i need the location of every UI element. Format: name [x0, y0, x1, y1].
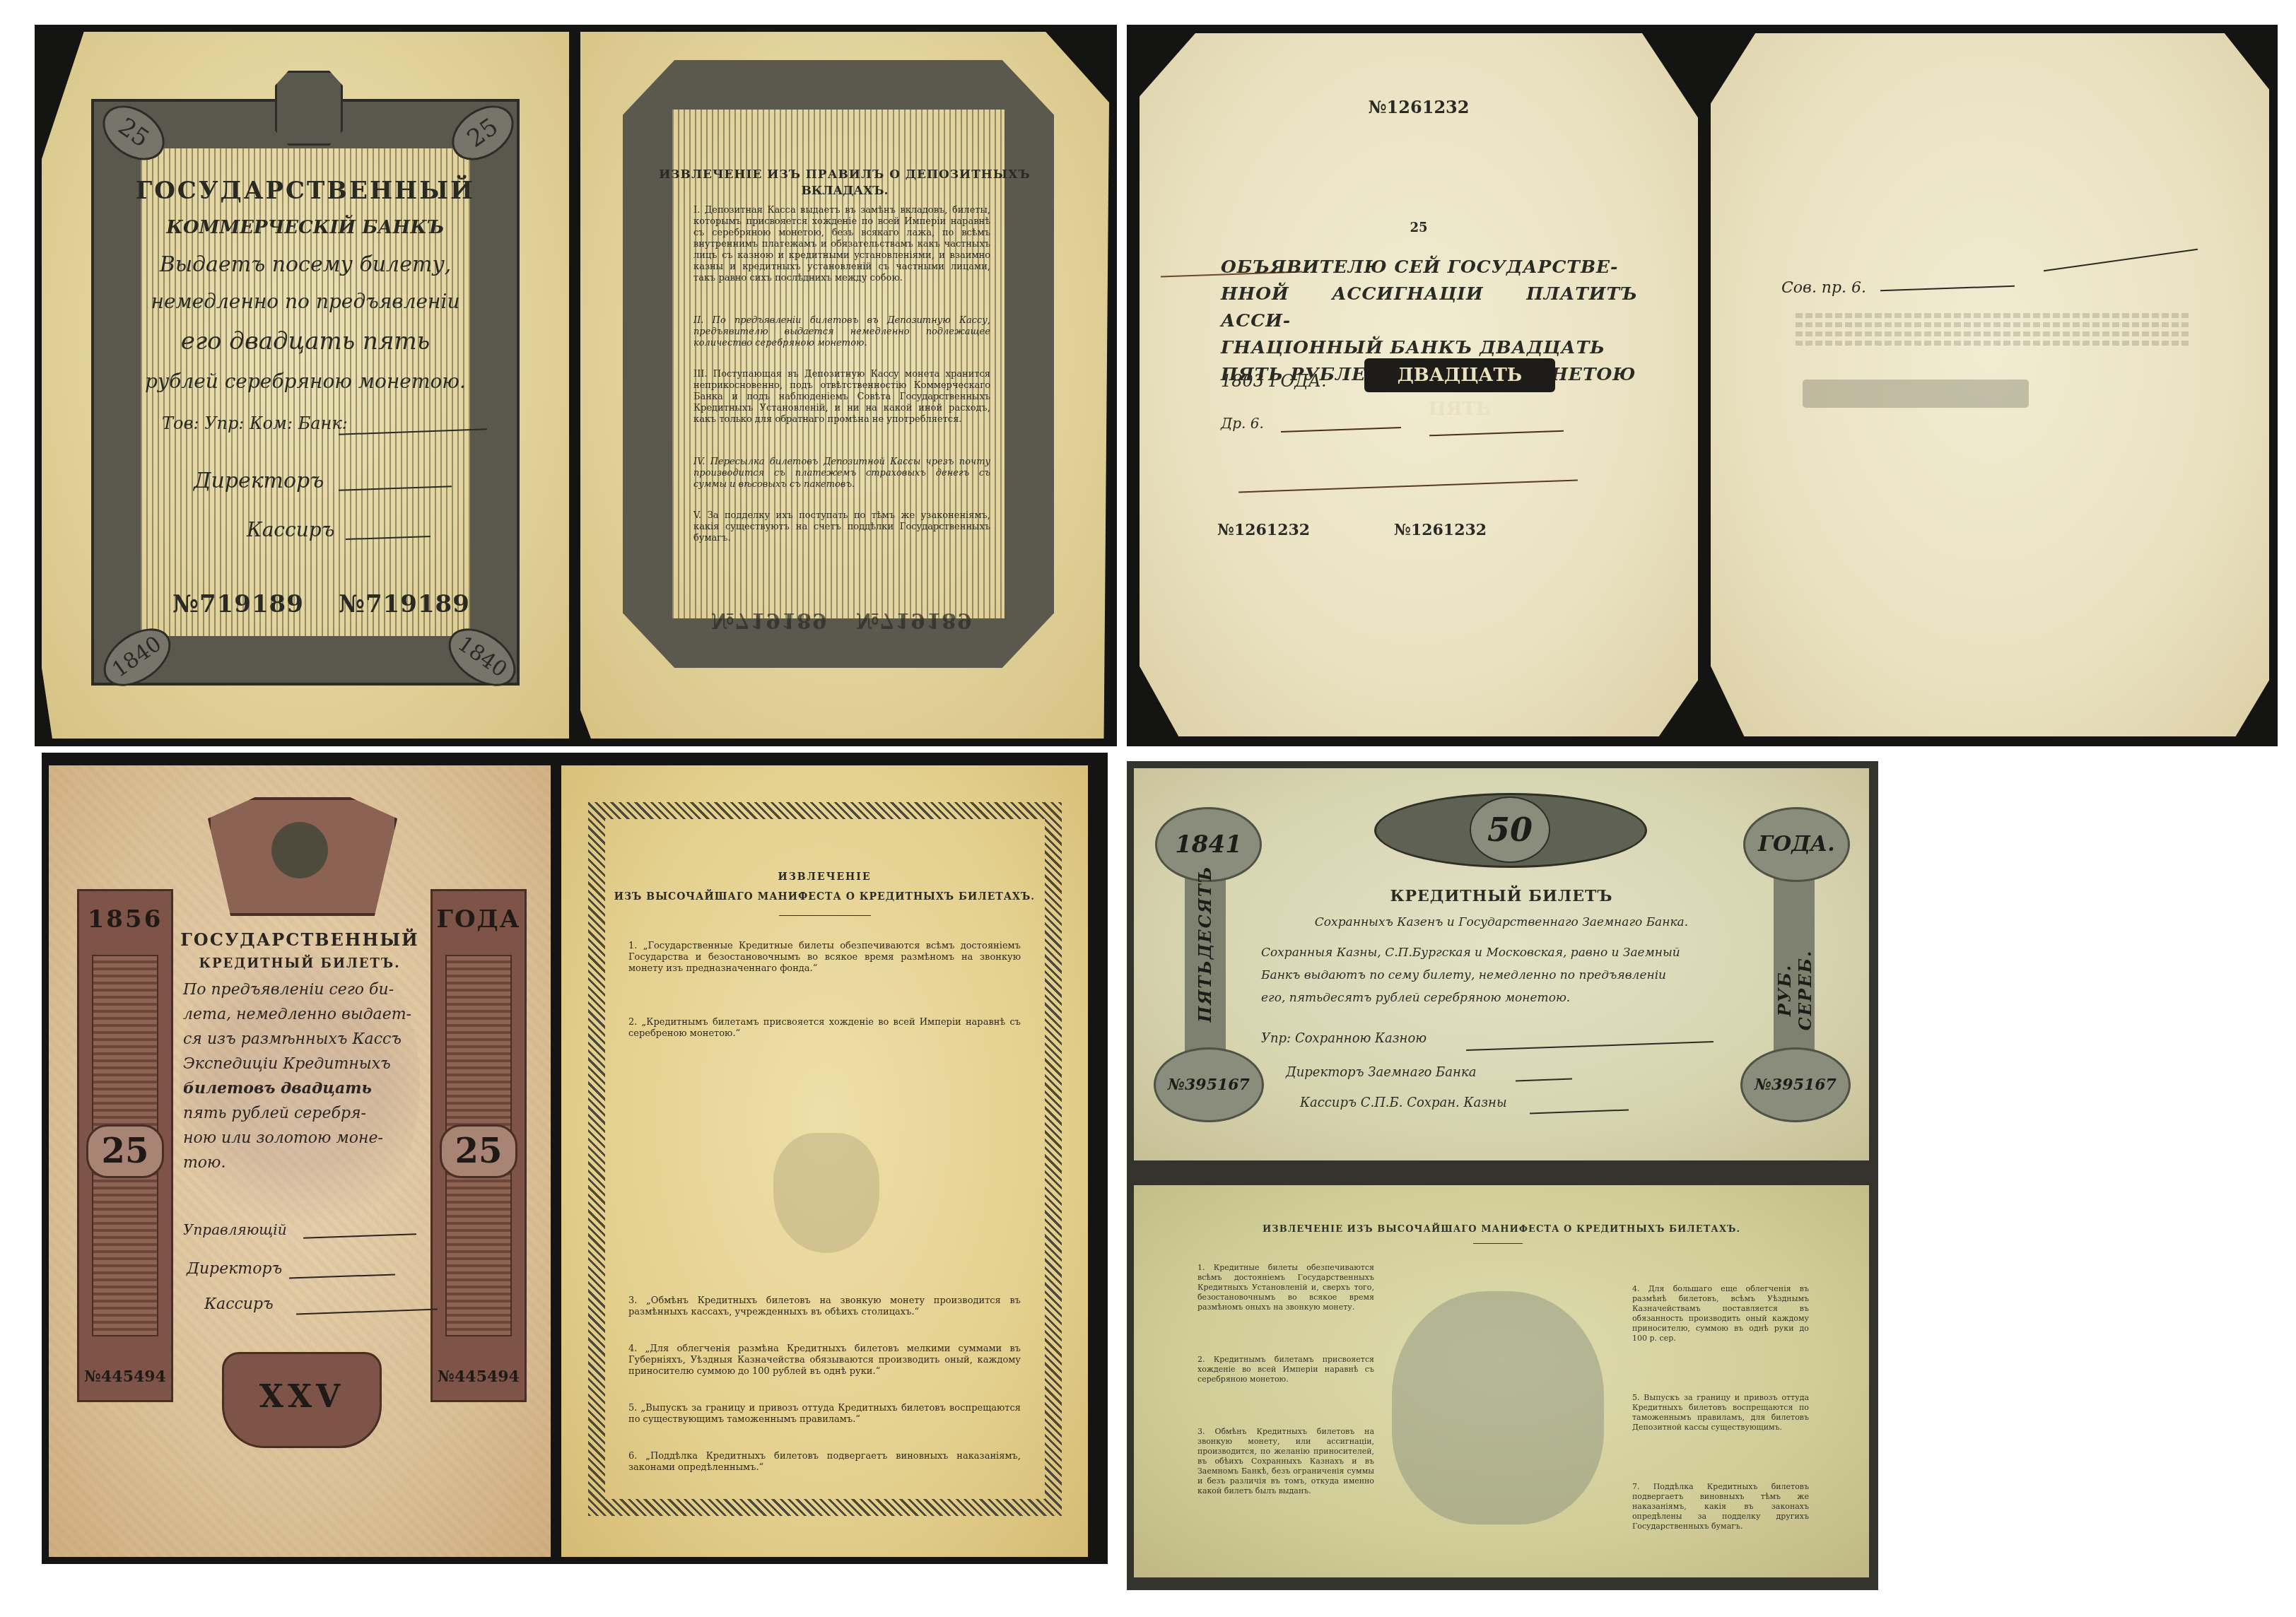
- banknote-1840-front: 25 25 1840 1840 ГОСУДАРСТВЕННЫЙ КОММЕРЧЕ…: [42, 32, 569, 739]
- serial-number-left: №1261232: [1217, 521, 1310, 539]
- banknote-1841-front: 1841 ПЯТЬДЕСЯТЪ №395167 ГОДА. РУБ. СЕРЕБ…: [1134, 768, 1869, 1160]
- back-heading-line1: ИЗВЛЕЧЕНІЕ ИЗЪ ПРАВИЛЪ О ДЕПОЗИТНЫХЪ: [580, 167, 1109, 182]
- article-1: 1. Кредитные билеты обезпечиваются всѣмъ…: [1197, 1263, 1374, 1312]
- issue-year: 1803 ГОДА.: [1221, 371, 1327, 391]
- promise-line-3: ся изъ размѣнныхъ Кассъ: [183, 1027, 423, 1052]
- banknote-1803-front: №1261232 25 ОБЪЯВИТЕЛЮ СЕЙ ГОСУДАРСТВЕ- …: [1140, 33, 1698, 736]
- note-title-line2: КРЕДИТНЫЙ БИЛЕТЪ.: [49, 956, 551, 971]
- article-2: 2. Кредитнымъ билетамъ присвояется хожде…: [1197, 1355, 1374, 1384]
- serial-number-left: №445494: [79, 1368, 171, 1386]
- signature-label-director: Директоръ: [187, 1260, 282, 1278]
- bank-title-line2: КОММЕРЧЕСКІЙ БАНКЪ: [42, 217, 569, 238]
- rule-2: II. По предъявленіи билетовъ въ Депозитн…: [693, 315, 990, 349]
- year-label: ГОДА.: [1745, 809, 1848, 880]
- show-through-stamp: [1803, 380, 2029, 408]
- banknote-1803-back: Сов. пр. 6.: [1711, 33, 2269, 736]
- article-7: 7. Поддѣлка Кредитныхъ билетовъ подверга…: [1632, 1482, 1809, 1531]
- promise-line-7: ною или золотою моне-: [183, 1126, 423, 1151]
- promise-line-8: тою.: [183, 1151, 423, 1175]
- pillar-value-right: 25: [440, 1124, 517, 1178]
- rule-4: IV. Пересылка билетовъ Депозитной Кассы …: [693, 457, 990, 490]
- center-value-oval: 50: [1470, 796, 1550, 863]
- manifesto-text-bottom: 3. „Обмѣнъ Кредитныхъ билетовъ на звонку…: [628, 1295, 1021, 1474]
- denomination-50: 50: [1471, 798, 1549, 862]
- promise-line-3: его, пятьдесятъ рублей серебряною монето…: [1261, 987, 1742, 1009]
- article-5: 5. Выпускъ за границу и привозъ оттуда К…: [1632, 1393, 1809, 1433]
- serial-number-right: №1261232: [1394, 521, 1487, 539]
- signature-label-cashier: Кассиръ С.П.Б. Сохран. Казны: [1300, 1095, 1507, 1110]
- handwritten-endorsement-label: Сов. пр. 6.: [1781, 279, 1866, 297]
- signature-1: [1281, 427, 1401, 433]
- serial-number-right: №719189: [339, 590, 470, 618]
- banknote-1840-back: ИЗВЛЕЧЕНІЕ ИЗЪ ПРАВИЛЪ О ДЕПОЗИТНЫХЪ ВКЛ…: [580, 32, 1109, 739]
- signature-label-director: Директоръ Заемнаго Банка: [1286, 1065, 1476, 1080]
- signature-label-cashier: Кассиръ: [247, 518, 334, 541]
- issuer-subtitle: Сохранныхъ Казенъ и Государственнаго Зае…: [1134, 915, 1869, 929]
- signature-label-cashier: Кассиръ: [204, 1295, 274, 1313]
- promise-text: По предъявленіи сего би- лета, немедленн…: [183, 977, 423, 1175]
- signature-label-dr: Др. 6.: [1221, 415, 1264, 432]
- serial-number-left: №719189: [172, 590, 304, 618]
- serial-oval-left: №395167: [1154, 1047, 1264, 1122]
- signature-treasury: [1466, 1041, 1714, 1051]
- promise-line-3: его двадцать пять: [42, 327, 569, 355]
- article-1: 1. „Государственные Кредитные билеты обе…: [628, 941, 1021, 975]
- mount-1840-note: 25 25 1840 1840 ГОСУДАРСТВЕННЫЙ КОММЕРЧЕ…: [35, 25, 1117, 746]
- promise-line-1: Выдаетъ посему билету,: [42, 252, 569, 277]
- mirrored-serial-left: №719189: [711, 608, 828, 633]
- deposit-rules-text: I. Депозитная Касса выдаетъ въ замѣнъ вк…: [693, 205, 990, 544]
- pillar-value-left: 25: [86, 1124, 164, 1178]
- promise-line-2: лета, немедленно выдает-: [183, 1002, 423, 1027]
- value-stamp: ДВАДЦАТЬ ПЯТЬ: [1364, 358, 1555, 392]
- note-title: КРЕДИТНЫЙ БИЛЕТЪ: [1134, 887, 1869, 905]
- promise-line-5: билетовъ двадцать: [183, 1076, 423, 1101]
- rule-5: V. За подделку ихъ поступать по тѣмъ же …: [693, 510, 990, 544]
- article-3: 3. „Обмѣнъ Кредитныхъ билетовъ на звонку…: [628, 1295, 1021, 1318]
- pillar-text-left: ПЯТЬДЕСЯТЪ: [1195, 938, 1215, 1023]
- pillar-text-right: РУБ. СЕРЕБ.: [1774, 948, 1815, 1033]
- assignat-line-1: ОБЪЯВИТЕЛЮ СЕЙ ГОСУДАРСТВЕ-: [1221, 254, 1638, 281]
- note-title-line1: ГОСУДАРСТВЕННЫЙ: [49, 929, 551, 950]
- promise-line-2: Банкъ выдаютъ по сему билету, немедленно…: [1261, 964, 1742, 987]
- article-4: 4. „Для облегченія размѣна Кредитныхъ би…: [628, 1343, 1021, 1377]
- assignat-line-3: ГНАЦІОННЫЙ БАНКЪ ДВАДЦАТЬ: [1221, 334, 1638, 361]
- article-2: 2. „Кредитнымъ билетамъ присвояется хожд…: [628, 1017, 1021, 1040]
- back-heading-line1: ИЗВЛЕЧЕНІЕ: [561, 871, 1088, 883]
- serial-number-left: №395167: [1156, 1049, 1262, 1120]
- watermark-eagle-icon: [773, 1133, 879, 1253]
- heading-rule: [1473, 1243, 1523, 1244]
- double-eagle-icon: [271, 822, 328, 878]
- roman-value-cartouche: XXV: [222, 1352, 382, 1448]
- promise-line-4: рублей серебряною монетою.: [42, 370, 569, 393]
- signature-cashier: [1530, 1110, 1629, 1115]
- signature-3: [1238, 480, 1578, 493]
- heading-rule: [779, 915, 871, 916]
- banknote-1856-front: 1856 25 №445494 ГОДА 25 №445494 ГОСУДАРС…: [49, 765, 551, 1557]
- mount-1803-note: №1261232 25 ОБЪЯВИТЕЛЮ СЕЙ ГОСУДАРСТВЕ- …: [1127, 25, 2278, 746]
- article-4: 4. Для большаго еще облегченія въ размѣн…: [1632, 1284, 1809, 1343]
- back-heading: ИЗВЛЕЧЕНІЕ ИЗЪ ВЫСОЧАЙШАГО МАНИФЕСТА О К…: [1134, 1224, 1869, 1235]
- back-heading-line2: ВКЛАДАХЪ.: [580, 184, 1109, 198]
- serial-number-top: №1261232: [1140, 97, 1698, 117]
- serial-number-right: №445494: [433, 1368, 525, 1386]
- watermark-eagle-icon: [1392, 1291, 1604, 1524]
- signature-director: [289, 1274, 395, 1278]
- back-heading-line2: ИЗЪ ВЫСОЧАЙШАГО МАНИФЕСТА О КРЕДИТНЫХЪ Б…: [561, 891, 1088, 902]
- assignat-line-2: ННОЙ АССИГНАЦІИ ПЛАТИТЪ АССИ-: [1221, 281, 1638, 334]
- signature-label-manager: Тов: Упр: Ком: Банк:: [162, 413, 348, 433]
- mount-1841-note: 1841 ПЯТЬДЕСЯТЪ №395167 ГОДА. РУБ. СЕРЕБ…: [1127, 761, 1878, 1590]
- manifesto-right-column: 4. Для большаго еще облегченія въ размѣн…: [1632, 1284, 1809, 1531]
- rule-1: I. Депозитная Касса выдаетъ въ замѣнъ вк…: [693, 205, 990, 284]
- serial-oval-right: №395167: [1740, 1047, 1851, 1122]
- mount-1856-note: 1856 25 №445494 ГОДА 25 №445494 ГОСУДАРС…: [42, 753, 1108, 1564]
- promise-line-2: немедленно по предъявленіи: [42, 290, 569, 313]
- promise-line-1: По предъявленіи сего би-: [183, 977, 423, 1002]
- banknote-1856-back: ИЗВЛЕЧЕНІЕ ИЗЪ ВЫСОЧАЙШАГО МАНИФЕСТА О К…: [561, 765, 1088, 1557]
- bank-title-line1: ГОСУДАРСТВЕННЫЙ: [42, 177, 569, 205]
- promise-text: Сохранныя Казны, С.П.Бургская и Московск…: [1261, 941, 1742, 1009]
- promise-line-6: пять рублей серебря-: [183, 1101, 423, 1126]
- signature-cashier: [296, 1309, 438, 1315]
- promise-line-1: Сохранныя Казны, С.П.Бургская и Московск…: [1261, 941, 1742, 964]
- signature-label-director: Директоръ: [194, 469, 324, 493]
- article-3: 3. Обмѣнъ Кредитныхъ билетовъ на звонкую…: [1197, 1427, 1374, 1496]
- denomination-small: 25: [1140, 220, 1698, 235]
- year-oval-right: ГОДА.: [1743, 807, 1850, 882]
- serial-number-right: №395167: [1742, 1049, 1849, 1120]
- endorsement-flourish: [2044, 249, 2198, 272]
- rule-3: III. Поступающая въ Депозитную Кассу мон…: [693, 369, 990, 425]
- mirrored-serial-right: №719189: [856, 608, 973, 633]
- roman-numeral-value: XXV: [224, 1379, 380, 1415]
- banknote-1841-back: ИЗВЛЕЧЕНІЕ ИЗЪ ВЫСОЧАЙШАГО МАНИФЕСТА О К…: [1134, 1185, 1869, 1577]
- signature-2: [1429, 430, 1564, 437]
- signature-director: [1516, 1078, 1572, 1082]
- manifesto-left-column: 1. Кредитные билеты обезпечиваются всѣмъ…: [1197, 1263, 1374, 1496]
- article-6: 6. „Поддѣлка Кредитныхъ билетовъ подверг…: [628, 1451, 1021, 1474]
- double-eagle-emblem-icon: [275, 71, 343, 146]
- manifesto-text-top: 1. „Государственные Кредитные билеты обе…: [628, 941, 1021, 1040]
- article-5: 5. „Выпускъ за границу и привозъ оттуда …: [628, 1403, 1021, 1425]
- signature-label-treasury: Упр: Сохранною Казною: [1261, 1031, 1427, 1046]
- endorsement-signature: [1880, 286, 2015, 292]
- promise-line-4: Экспедиціи Кредитныхъ: [183, 1052, 423, 1076]
- signature-label-manager: Управляющій: [183, 1221, 287, 1238]
